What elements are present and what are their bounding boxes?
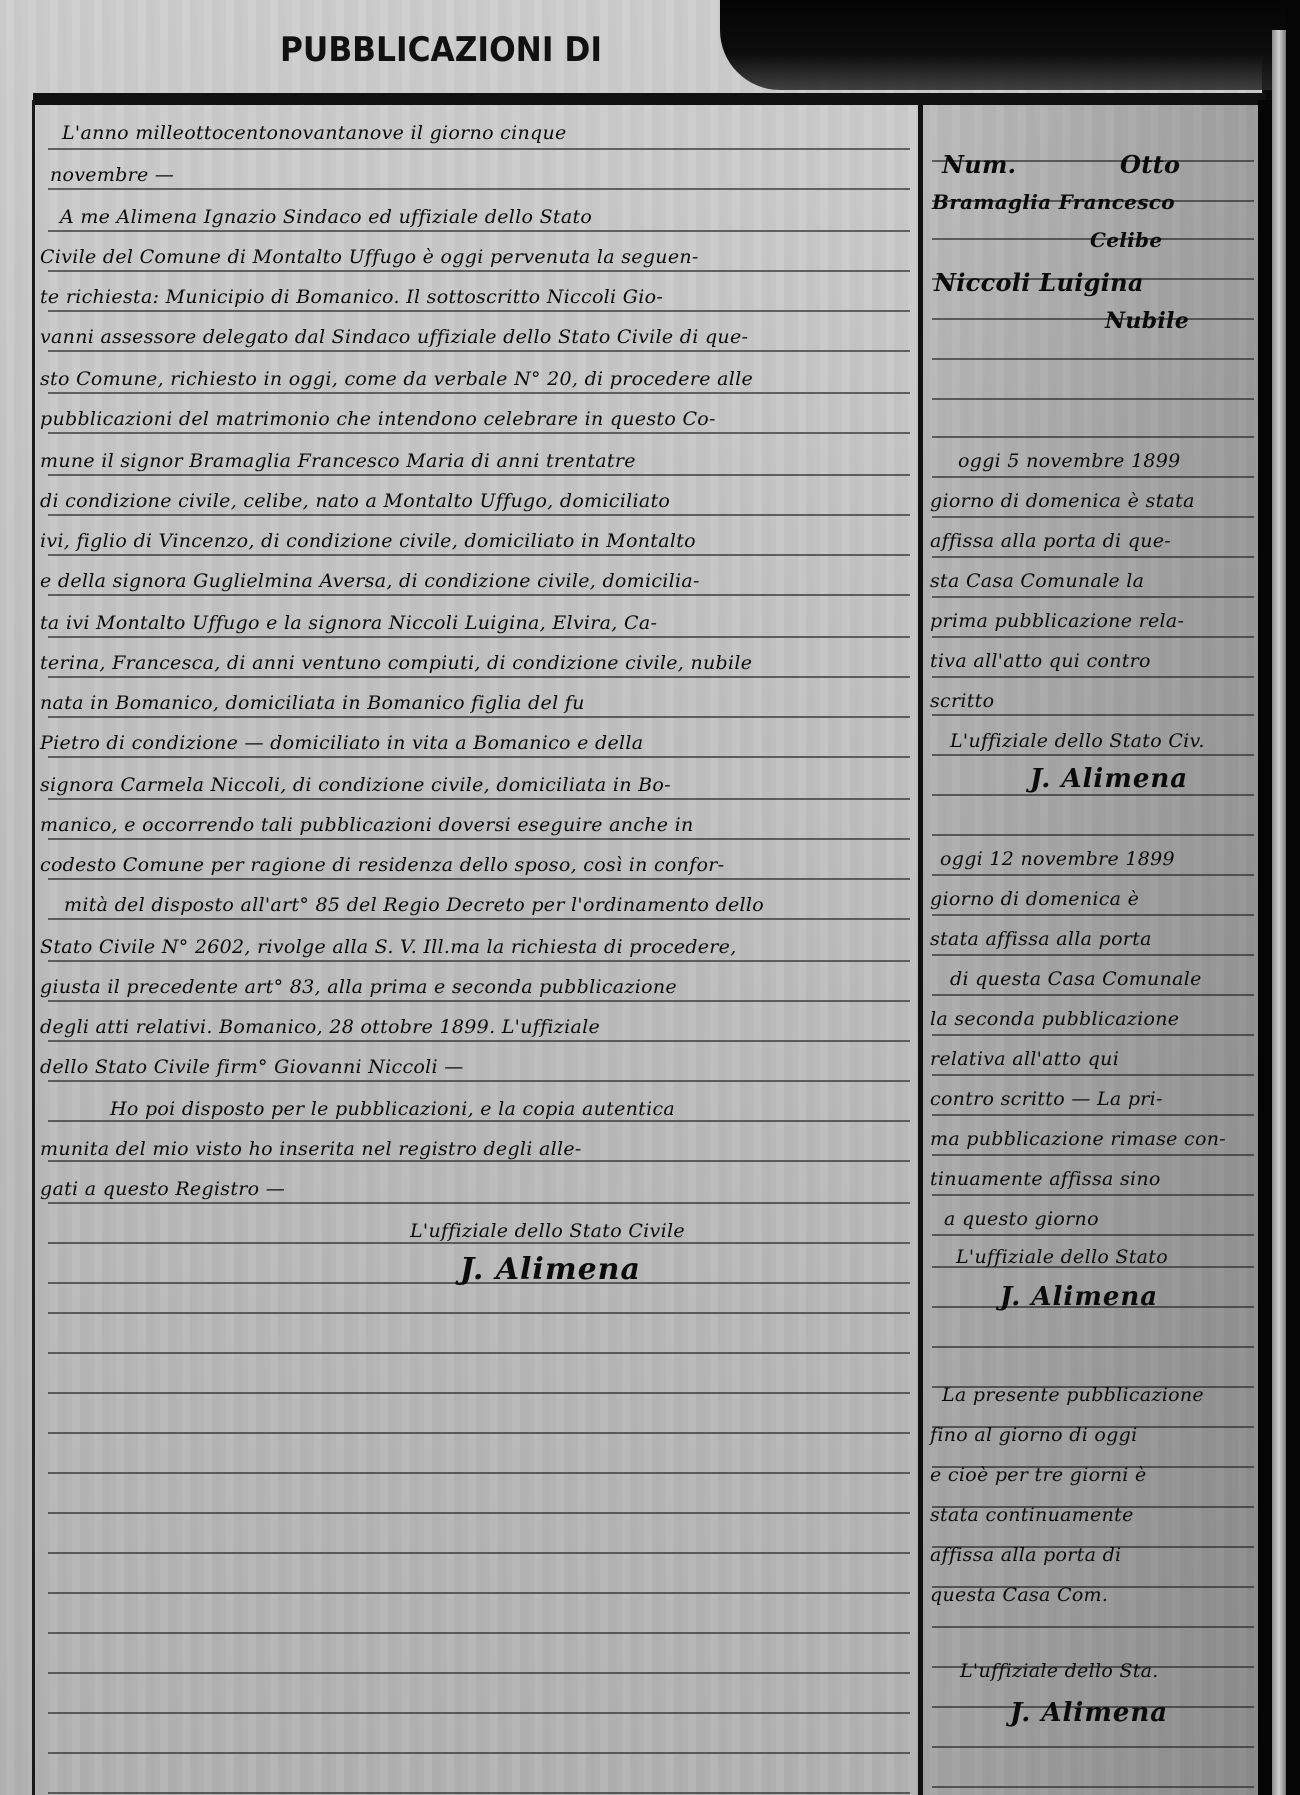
act-line: Stato Civile N° 2602, rivolge alla S. V.… [40, 936, 737, 958]
note-line: giorno di domenica è [930, 888, 1139, 910]
note-line: oggi 5 novembre 1899 [958, 450, 1181, 472]
act-signature: J. Alimena [460, 1252, 641, 1287]
note-signature: J. Alimena [1030, 764, 1188, 794]
note-line: a questo giorno [944, 1208, 1099, 1230]
act-line: giusta il precedente art° 83, alla prima… [40, 976, 677, 998]
column-divider [918, 100, 923, 1795]
note-signature: J. Alimena [1000, 1282, 1158, 1312]
act-line: vanni assessore delegato dal Sindaco uff… [40, 326, 748, 348]
note-line: oggi 12 novembre 1899 [940, 848, 1175, 870]
note-closing-title: L'uffiziale dello Stato [956, 1246, 1168, 1268]
act-line: gati a questo Registro — [40, 1178, 285, 1200]
act-number-label: Num. [942, 150, 1016, 179]
note-line: e cioè per tre giorni è [930, 1464, 1147, 1486]
act-line: mune il signor Bramaglia Francesco Maria… [40, 450, 636, 472]
note-line: relativa all'atto qui [930, 1048, 1119, 1070]
note-line: sta Casa Comunale la [930, 570, 1144, 592]
note-line: stata continuamente [930, 1504, 1134, 1526]
bride-name: Niccoli Luigina [934, 268, 1144, 297]
act-line: codesto Comune per ragione di residenza … [40, 854, 724, 876]
note-line: di questa Casa Comunale [950, 968, 1202, 990]
act-number-value: Otto [1120, 150, 1180, 179]
act-line: munita del mio visto ho inserita nel reg… [40, 1138, 582, 1160]
note-line: la seconda pubblicazione [930, 1008, 1179, 1030]
act-line: di condizione civile, celibe, nato a Mon… [40, 490, 670, 512]
note-line: La presente pubblicazione [942, 1384, 1204, 1406]
groom-status: Celibe [1090, 228, 1162, 252]
page-binding-shadow [1258, 100, 1272, 1795]
groom-name: Bramaglia Francesco [932, 190, 1175, 214]
note-line: giorno di domenica è stata [930, 490, 1195, 512]
note-line: prima pubblicazione rela- [930, 610, 1184, 632]
note-line: affissa alla porta di [930, 1544, 1121, 1566]
act-line: Ho poi disposto per le pubblicazioni, e … [110, 1098, 675, 1120]
act-line: sto Comune, richiesto in oggi, come da v… [40, 368, 753, 390]
bride-status: Nubile [1105, 308, 1189, 334]
act-line: te richiesta: Municipio di Bomanico. Il … [40, 286, 663, 308]
act-line: ivi, figlio di Vincenzo, di condizione c… [40, 530, 696, 552]
note-line: affissa alla porta di que- [930, 530, 1171, 552]
act-line: nata in Bomanico, domiciliata in Bomanic… [40, 692, 585, 714]
act-line: signora Carmela Niccoli, di condizione c… [40, 774, 671, 796]
act-closing-title: L'uffiziale dello Stato Civile [410, 1220, 685, 1242]
note-line: fino al giorno di oggi [930, 1424, 1137, 1446]
note-closing-title: L'uffiziale dello Stato Civ. [950, 730, 1205, 752]
note-line: questa Casa Com. [930, 1584, 1108, 1606]
act-line: manico, e occorrendo tali pubblicazioni … [40, 814, 694, 836]
note-line: scritto [930, 690, 994, 712]
act-line: Pietro di condizione — domiciliato in vi… [40, 732, 643, 754]
note-line: tiva all'atto qui contro [930, 650, 1151, 672]
note-closing-title: L'uffiziale dello Sta. [960, 1660, 1159, 1682]
act-line: Civile del Comune di Montalto Uffugo è o… [40, 246, 699, 268]
note-line: stata affissa alla porta [930, 928, 1152, 950]
act-line: A me Alimena Ignazio Sindaco ed uffizial… [60, 206, 592, 228]
act-line: novembre — [50, 164, 174, 186]
act-line: dello Stato Civile firm° Giovanni Niccol… [40, 1056, 464, 1078]
left-frame-border [32, 100, 35, 1795]
act-line: degli atti relativi. Bomanico, 28 ottobr… [40, 1016, 600, 1038]
act-line: L'anno milleottocentonovantanove il gior… [62, 122, 567, 144]
act-line: terina, Francesca, di anni ventuno compi… [40, 652, 752, 674]
page-edge-strip [1272, 30, 1286, 1795]
act-line: pubblicazioni del matrimonio che intendo… [40, 408, 716, 430]
act-line: mità del disposto all'art° 85 del Regio … [64, 894, 764, 916]
note-signature: J. Alimena [1010, 1698, 1168, 1728]
note-line: ma pubblicazione rimase con- [930, 1128, 1226, 1150]
act-line: e della signora Guglielmina Aversa, di c… [40, 570, 700, 592]
note-line: contro scritto — La pri- [930, 1088, 1163, 1110]
note-line: tinuamente affissa sino [930, 1168, 1161, 1190]
act-line: ta ivi Montalto Uffugo e la signora Nicc… [40, 612, 657, 634]
scan-border [1286, 0, 1300, 1795]
